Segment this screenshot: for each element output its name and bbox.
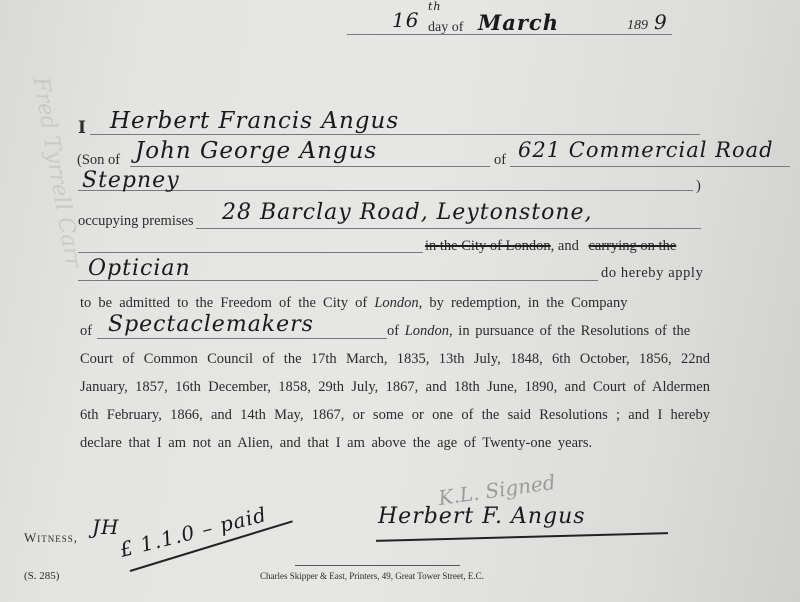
- body-line-5: 6th February, 1866, and 14th May, 1867, …: [80, 407, 710, 424]
- body-line-4: January, 1857, 16th December, 1858, 29th…: [80, 379, 710, 396]
- and-label: , and: [551, 238, 579, 254]
- father-address-2: Stepney: [82, 168, 180, 193]
- premises-address: 28 Barclay Road, Leytonstone,: [222, 200, 593, 225]
- body-text: , in pursuance of the Resolutions of the: [449, 323, 690, 339]
- body-text: , by redemption, in the Company: [419, 295, 628, 311]
- year-printed: 189: [627, 18, 648, 34]
- day-handwritten: 16: [392, 8, 419, 32]
- year-handwritten: 9: [654, 10, 668, 34]
- body-text: of: [387, 323, 399, 339]
- premises-line: [196, 228, 701, 229]
- london-italic: London: [374, 295, 418, 311]
- month-handwritten: March: [478, 10, 559, 35]
- form-number: (S. 285): [24, 570, 59, 582]
- printer-imprint: Charles Skipper & East, Printers, 49, Gr…: [260, 571, 484, 581]
- occupying-label: occupying premises: [78, 213, 194, 230]
- blank-line: [78, 252, 423, 253]
- father-name: John George Angus: [135, 138, 377, 164]
- day-suffix: th: [428, 0, 442, 13]
- applicant-signature: Herbert F. Angus: [378, 504, 586, 529]
- witness-initials: JH: [92, 515, 119, 539]
- body-line-2: of London, in pursuance of the Resolutio…: [387, 323, 690, 340]
- of-label: of: [494, 152, 506, 169]
- pronoun-I: I: [78, 118, 86, 138]
- applicant-name: Herbert Francis Angus: [110, 108, 399, 134]
- printer-rule: [295, 565, 460, 566]
- day-of-label: day of: [428, 20, 463, 36]
- apply-label: do hereby apply: [601, 265, 703, 282]
- witness-label: Witness,: [24, 530, 78, 546]
- struck-city-text: in the City of London, and carrying on t…: [425, 238, 676, 255]
- close-paren: ): [696, 178, 701, 195]
- body-text: to be admitted to the Freedom of the Cit…: [80, 295, 367, 311]
- body-line-3: Court of Common Council of the 17th Marc…: [80, 351, 710, 368]
- body-line-1: to be admitted to the Freedom of the Cit…: [80, 295, 627, 312]
- father-address-line: [510, 166, 790, 167]
- london-italic: London: [405, 323, 449, 339]
- margin-pencil-note: Fred Tyrrell Carr: [27, 75, 85, 270]
- name-line: [90, 134, 700, 135]
- signature-underline: [376, 532, 668, 542]
- father-address-1: 621 Commercial Road: [518, 138, 774, 162]
- body-line-6: declare that I am not an Alien, and that…: [80, 435, 592, 452]
- company-line: [97, 338, 387, 339]
- company-name: Spectaclemakers: [108, 312, 314, 337]
- son-of-label: (Son of: [77, 152, 120, 169]
- occupation: Optician: [88, 256, 191, 281]
- fee-note: £ 1.1.0 – paid: [117, 502, 269, 562]
- struck-city: in the City of London: [425, 238, 551, 254]
- father-line: [130, 166, 490, 167]
- of-company-label: of: [80, 323, 92, 340]
- struck-carrying: carrying on the: [588, 238, 676, 254]
